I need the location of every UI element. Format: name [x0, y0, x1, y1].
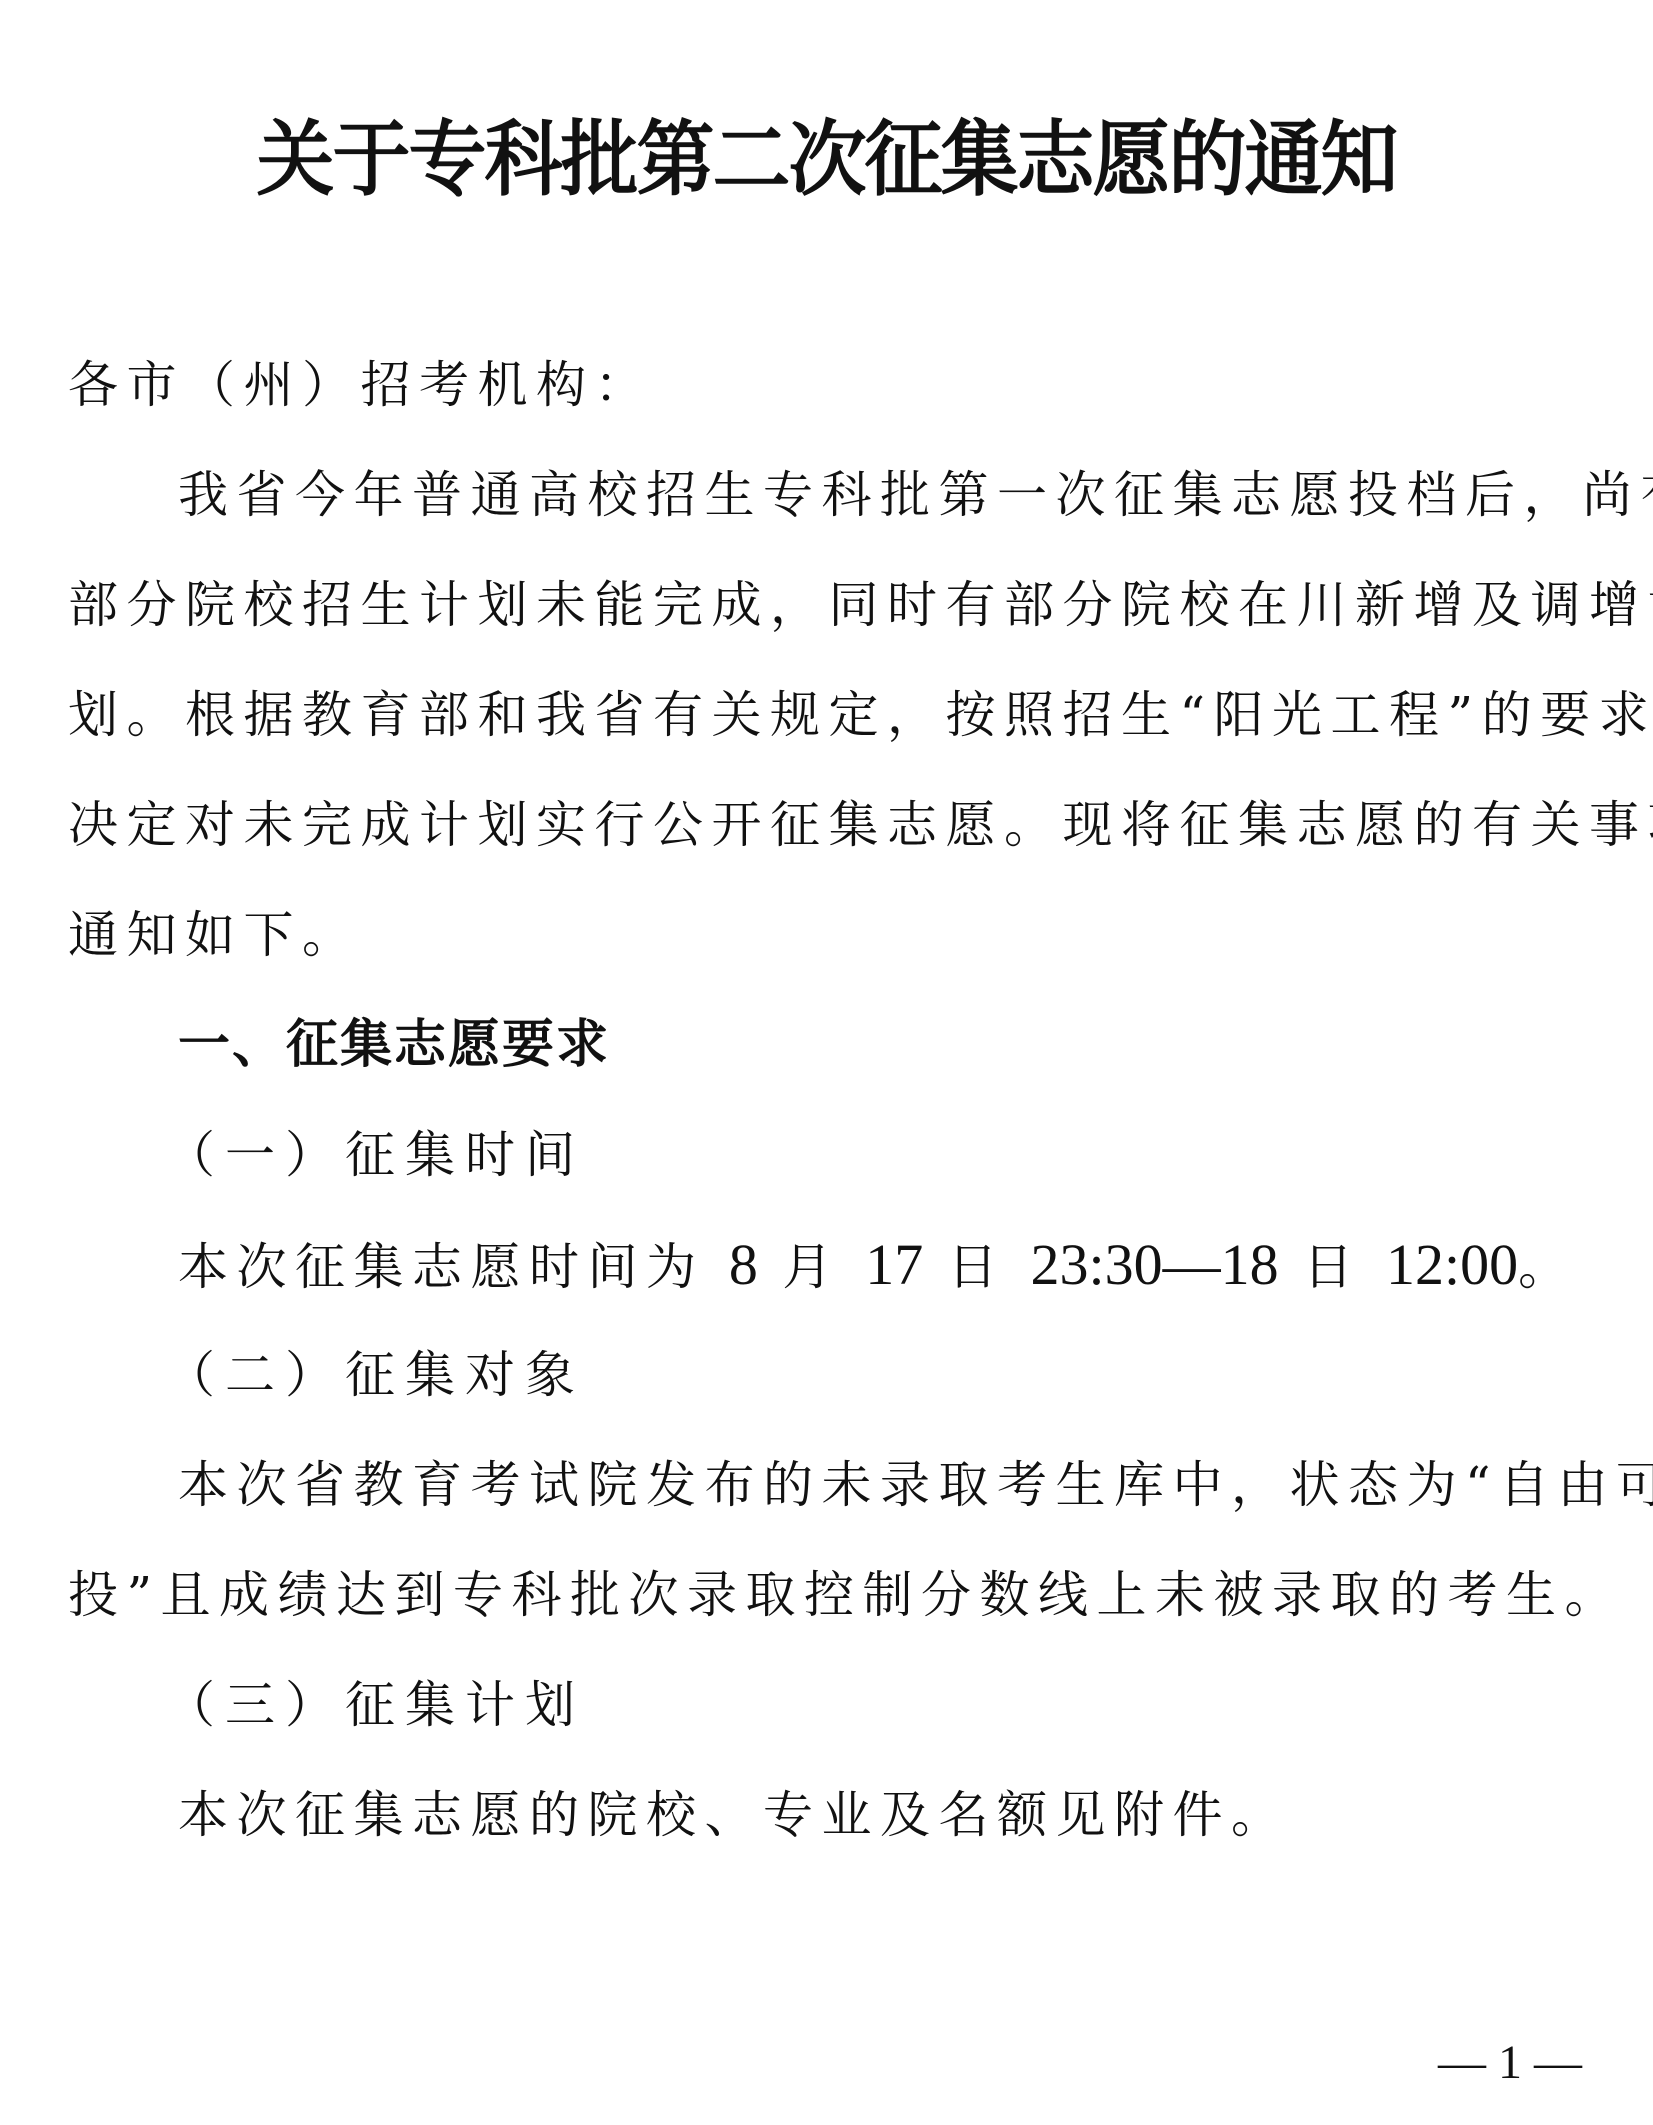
page-number: — 1 —	[1400, 2035, 1620, 2090]
time-end-punct: 。	[1518, 1238, 1577, 1296]
target-line-1: 本次省教育考试院发布的未录取考生库中，状态为“自由可	[178, 1450, 1588, 1520]
time-day-start: 17	[865, 1232, 923, 1297]
intro-line-4: 决定对未完成计划实行公开征集志愿。现将征集志愿的有关事项	[68, 790, 1588, 860]
document-title: 关于专科批第二次征集志愿的通知	[0, 108, 1653, 213]
intro-line-2: 部分院校招生计划未能完成，同时有部分院校在川新增及调增计	[68, 570, 1588, 640]
time-month: 8	[729, 1232, 758, 1297]
salutation: 各市（州）招考机构：	[68, 350, 1588, 420]
subsection-heading-time: （一）征集时间	[165, 1120, 1653, 1190]
time-text-prefix: 本次征集志愿时间为	[178, 1238, 705, 1296]
time-month-unit: 月	[782, 1238, 841, 1296]
intro-line-3: 划。根据教育部和我省有关规定，按照招生“阳光工程”的要求，	[68, 680, 1588, 750]
time-day-unit-2: 日	[1303, 1238, 1362, 1296]
section-heading-1: 一、征集志愿要求	[178, 1010, 1653, 1080]
intro-line-5: 通知如下。	[68, 900, 1588, 970]
plan-text: 本次征集志愿的院校、专业及名额见附件。	[178, 1780, 1653, 1850]
subsection-heading-plan: （三）征集计划	[165, 1670, 1653, 1740]
intro-line-1: 我省今年普通高校招生专科批第一次征集志愿投档后，尚有	[178, 460, 1588, 530]
subsection-heading-target: （二）征集对象	[165, 1340, 1653, 1410]
time-start: 23:30—18	[1031, 1232, 1279, 1297]
target-line-2: 投”且成绩达到专科批次录取控制分数线上未被录取的考生。	[68, 1560, 1588, 1630]
time-end: 12:00	[1386, 1232, 1518, 1297]
time-day-unit: 日	[948, 1238, 1007, 1296]
time-text: 本次征集志愿时间为 8 月 17 日 23:30—18 日 12:00。	[178, 1230, 1653, 1302]
